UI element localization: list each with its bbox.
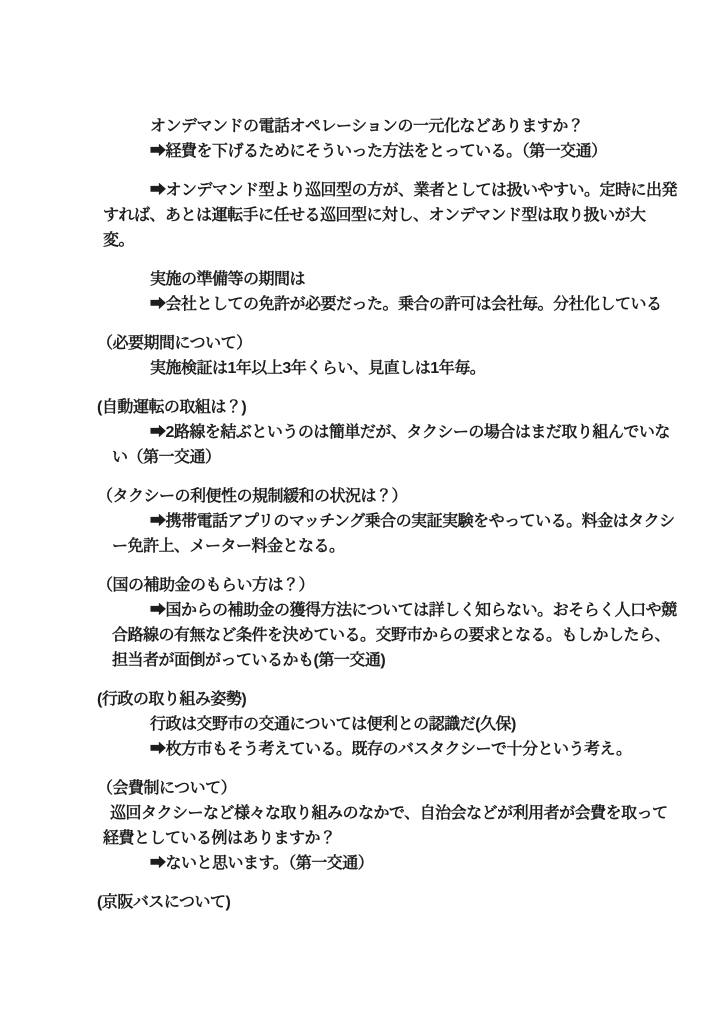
text-line: 担当者が面倒がっているかも(第一交通) <box>97 648 664 673</box>
question-line: 巡回タクシーなど様々な取り組みのなかで、自治会などが利用者が会費を取って <box>97 801 664 826</box>
answer-line: ➡ないと思います。（第一交通） <box>97 851 664 876</box>
section-heading: (京阪バスについて) <box>97 890 664 915</box>
answer-line: 実施検証は1年以上3年くらい、見直しは1年毎。 <box>97 356 664 381</box>
answer-line: ➡国からの補助金の獲得方法については詳しく知らない。おそらく人口や競 <box>97 598 664 623</box>
answer-line: ➡経費を下げるためにそういった方法をとっている。（第一交通） <box>97 139 664 164</box>
question-line: オンデマンドの電話オペレーションの一元化などありますか？ <box>97 114 664 139</box>
answer-line: ➡オンデマンド型より巡回型の方が、業者としては扱いやすい。定時に出発 <box>97 178 664 203</box>
answer-line: ➡枚方市もそう考えている。既存のバスタクシーで十分という考え。 <box>97 737 664 762</box>
text-line: ー免許上、メーター料金となる。 <box>97 534 664 559</box>
answer-line: ➡2路線を結ぶというのは簡単だが、タクシーの場合はまだ取り組んでいな <box>97 420 664 445</box>
section-heading: （会費制について） <box>97 776 664 801</box>
text-line: 合路線の有無など条件を決めている。交野市からの要求となる。もしかしたら、 <box>97 623 664 648</box>
text-line: 経費としている例はありますか？ <box>97 826 664 851</box>
text-line: すれば、あとは運転手に任せる巡回型に対し、オンデマンド型は取り扱いが大 <box>97 203 664 228</box>
text-line: い（第一交通） <box>97 445 664 470</box>
document-page: オンデマンドの電話オペレーションの一元化などありますか？ ➡経費を下げるためにそ… <box>0 0 724 1024</box>
answer-line: ➡会社としての免許が必要だった。乗合の許可は会社毎。分社化している <box>97 292 664 317</box>
section-heading: （国の補助金のもらい方は？） <box>97 573 664 598</box>
question-line: 実施の準備等の期間は <box>97 267 664 292</box>
section-heading: (行政の取り組み姿勢) <box>97 687 664 712</box>
section-heading: (自動運転の取組は？) <box>97 395 664 420</box>
statement-line: 行政は交野市の交通については便利との認識だ(久保) <box>97 712 664 737</box>
section-heading: （必要期間について） <box>97 331 664 356</box>
section-heading: （タクシーの利便性の規制緩和の状況は？） <box>97 484 664 509</box>
answer-line: ➡携帯電話アプリのマッチング乗合の実証実験をやっている。料金はタクシ <box>97 509 664 534</box>
text-line: 変。 <box>97 228 664 253</box>
